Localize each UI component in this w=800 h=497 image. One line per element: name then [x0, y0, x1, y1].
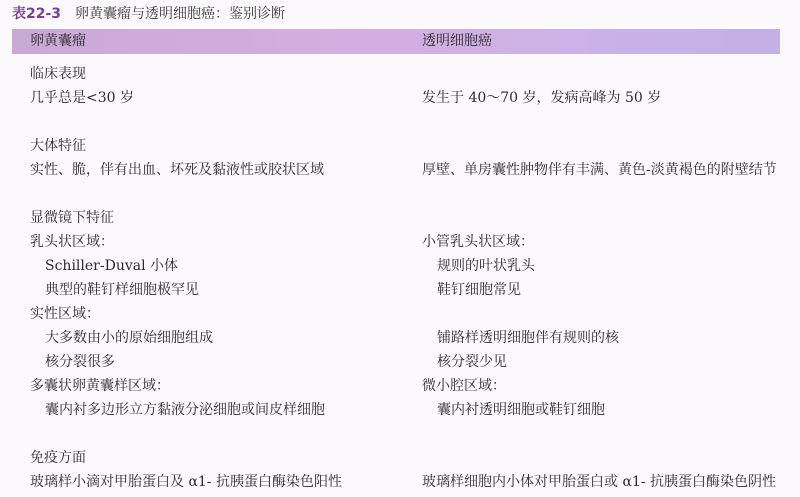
header-clear-cell-carcinoma: 透明细胞癌: [422, 33, 492, 50]
table-cell-left: 显微镜下特征: [30, 209, 114, 227]
table-cell-right: 厚壁、单房囊性肿物伴有丰满、黄色-淡黄褐色的附壁结节: [422, 161, 777, 179]
table-header: 卵黄囊瘤 透明细胞癌: [12, 29, 780, 54]
header-yolk-sac-tumor: 卵黄囊瘤: [30, 33, 86, 50]
table-cell-left: 几乎总是<30 岁: [30, 89, 134, 107]
table-cell-left: 乳头状区域：: [30, 233, 114, 251]
table-cell-left: 实性、脆，伴有出血、坏死及黏液性或胶状区域: [30, 161, 324, 179]
table-cell-right: 微小腔区域：: [422, 377, 506, 395]
table-cell-left: 典型的鞋钉样细胞极罕见: [30, 281, 199, 299]
table-cell-left: 大体特征: [30, 137, 86, 155]
table-cell-left: Schiller-Duval 小体: [30, 257, 178, 275]
table-cell-left: 临床表现: [30, 65, 86, 83]
table-cell-left: 核分裂很多: [30, 353, 115, 371]
table-cell-right: 小管乳头状区域：: [422, 233, 534, 251]
table-caption: 表22-3卵黄囊瘤与透明细胞癌：鉴别诊断: [12, 6, 285, 22]
table-cell-left: 大多数由小的原始细胞组成: [30, 329, 213, 347]
table-number: 表22-3: [12, 6, 61, 22]
table-cell-left: 囊内衬多边形立方黏液分泌细胞或间皮样细胞: [30, 401, 325, 419]
table-cell-right: 核分裂少见: [422, 353, 507, 371]
table-cell-right: 铺路样透明细胞伴有规则的核: [422, 329, 619, 347]
table-title: 卵黄囊瘤与透明细胞癌：鉴别诊断: [75, 6, 285, 22]
table-cell-right: 玻璃样细胞内小体对甲胎蛋白或 α1- 抗胰蛋白酶染色阴性: [422, 473, 776, 491]
table-cell-left: 实性区域：: [30, 305, 100, 323]
table-cell-right: 鞋钉细胞常见: [422, 281, 521, 299]
table-cell-right: 囊内衬透明细胞或鞋钉细胞: [422, 401, 605, 419]
table-cell-right: 发生于 40～70 岁，发病高峰为 50 岁: [422, 89, 661, 107]
table-cell-left: 多囊状卵黄囊样区域：: [30, 377, 170, 395]
table-cell-left: 玻璃样小滴对甲胎蛋白及 α1- 抗胰蛋白酶染色阳性: [30, 473, 342, 491]
table-cell-left: 免疫方面: [30, 449, 86, 467]
table-cell-right: 规则的叶状乳头: [422, 257, 535, 275]
